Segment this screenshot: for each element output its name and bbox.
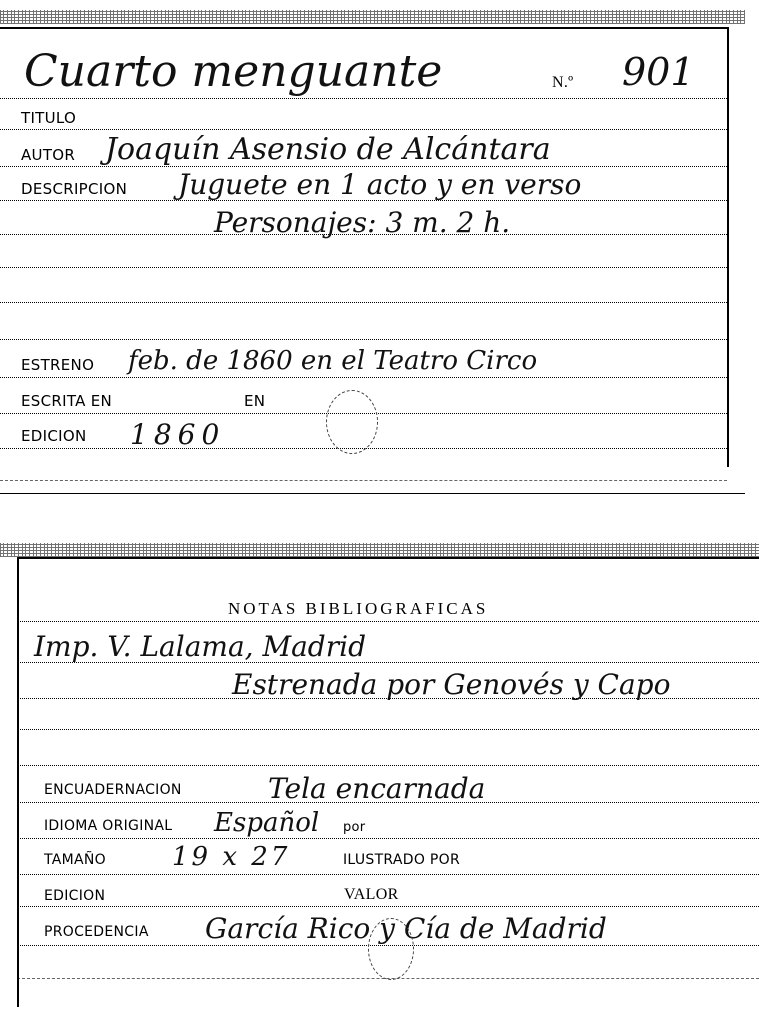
descripcion-line1: Juguete en 1 acto y en verso [178, 168, 581, 201]
label-autor: AUTOR [21, 146, 75, 164]
label-descripcion: DESCRIPCION [21, 180, 127, 198]
label-valor: VALOR [344, 886, 399, 904]
rule [0, 267, 727, 268]
label-tamano: TAMAÑO [44, 852, 106, 868]
idioma-original-value: Español [214, 808, 319, 838]
label-edicion-2: EDICION [44, 888, 105, 904]
label-escrita-en: ESCRITA EN [21, 392, 112, 410]
card-torn-edge [0, 10, 745, 24]
label-procedencia: PROCEDENCIA [44, 924, 149, 940]
rule [0, 480, 727, 481]
autor-value: Joaquín Asensio de Alcántara [105, 132, 551, 167]
rule [17, 838, 759, 839]
title-handwritten: Cuarto menguante [24, 46, 442, 97]
number-value: 901 [622, 50, 695, 94]
estreno-value: feb. de 1860 en el Teatro Circo [128, 346, 537, 376]
card1-border-right [727, 27, 729, 467]
encuadernacion-value: Tela encarnada [268, 772, 485, 805]
rule [0, 166, 727, 167]
notas-heading: NOTAS BIBLIOGRAFICAS [228, 599, 488, 619]
label-encuadernacion: ENCUADERNACION [44, 782, 182, 798]
rule [0, 98, 727, 99]
edicion-value: 1860 [130, 418, 225, 451]
number-label: N.º [552, 74, 573, 92]
notes-line2: Estrenada por Genovés y Capo [232, 668, 670, 701]
card-torn-edge [0, 543, 759, 557]
card2-border-left [17, 557, 19, 1007]
rule [17, 906, 759, 907]
label-estreno: ESTRENO [21, 356, 94, 374]
label-ilustrado-por: ILUSTRADO POR [343, 852, 460, 868]
rule [0, 339, 727, 340]
rule [0, 234, 727, 235]
punch-hole-stamp [368, 918, 414, 980]
notes-line1: Imp. V. Lalama, Madrid [34, 630, 366, 663]
rule [17, 978, 759, 979]
rule [0, 377, 727, 378]
label-titulo: TITULO [21, 109, 76, 127]
label-idioma-original: IDIOMA ORIGINAL [44, 818, 172, 834]
tamano-value: 19 x 27 [172, 842, 290, 872]
rule [17, 765, 759, 766]
card1-border-top [0, 27, 729, 29]
rule [0, 302, 727, 303]
punch-hole-stamp [326, 390, 378, 454]
rule [17, 729, 759, 730]
rule [17, 874, 759, 875]
rule [17, 698, 759, 699]
label-en: EN [244, 392, 265, 410]
rule [17, 621, 759, 622]
label-por: por [343, 820, 365, 835]
card2-border-top [17, 557, 759, 559]
rule [0, 200, 727, 201]
card-separator [0, 493, 745, 494]
rule [17, 662, 759, 663]
label-edicion: EDICION [21, 427, 86, 445]
rule [0, 129, 727, 130]
rule [17, 802, 759, 803]
